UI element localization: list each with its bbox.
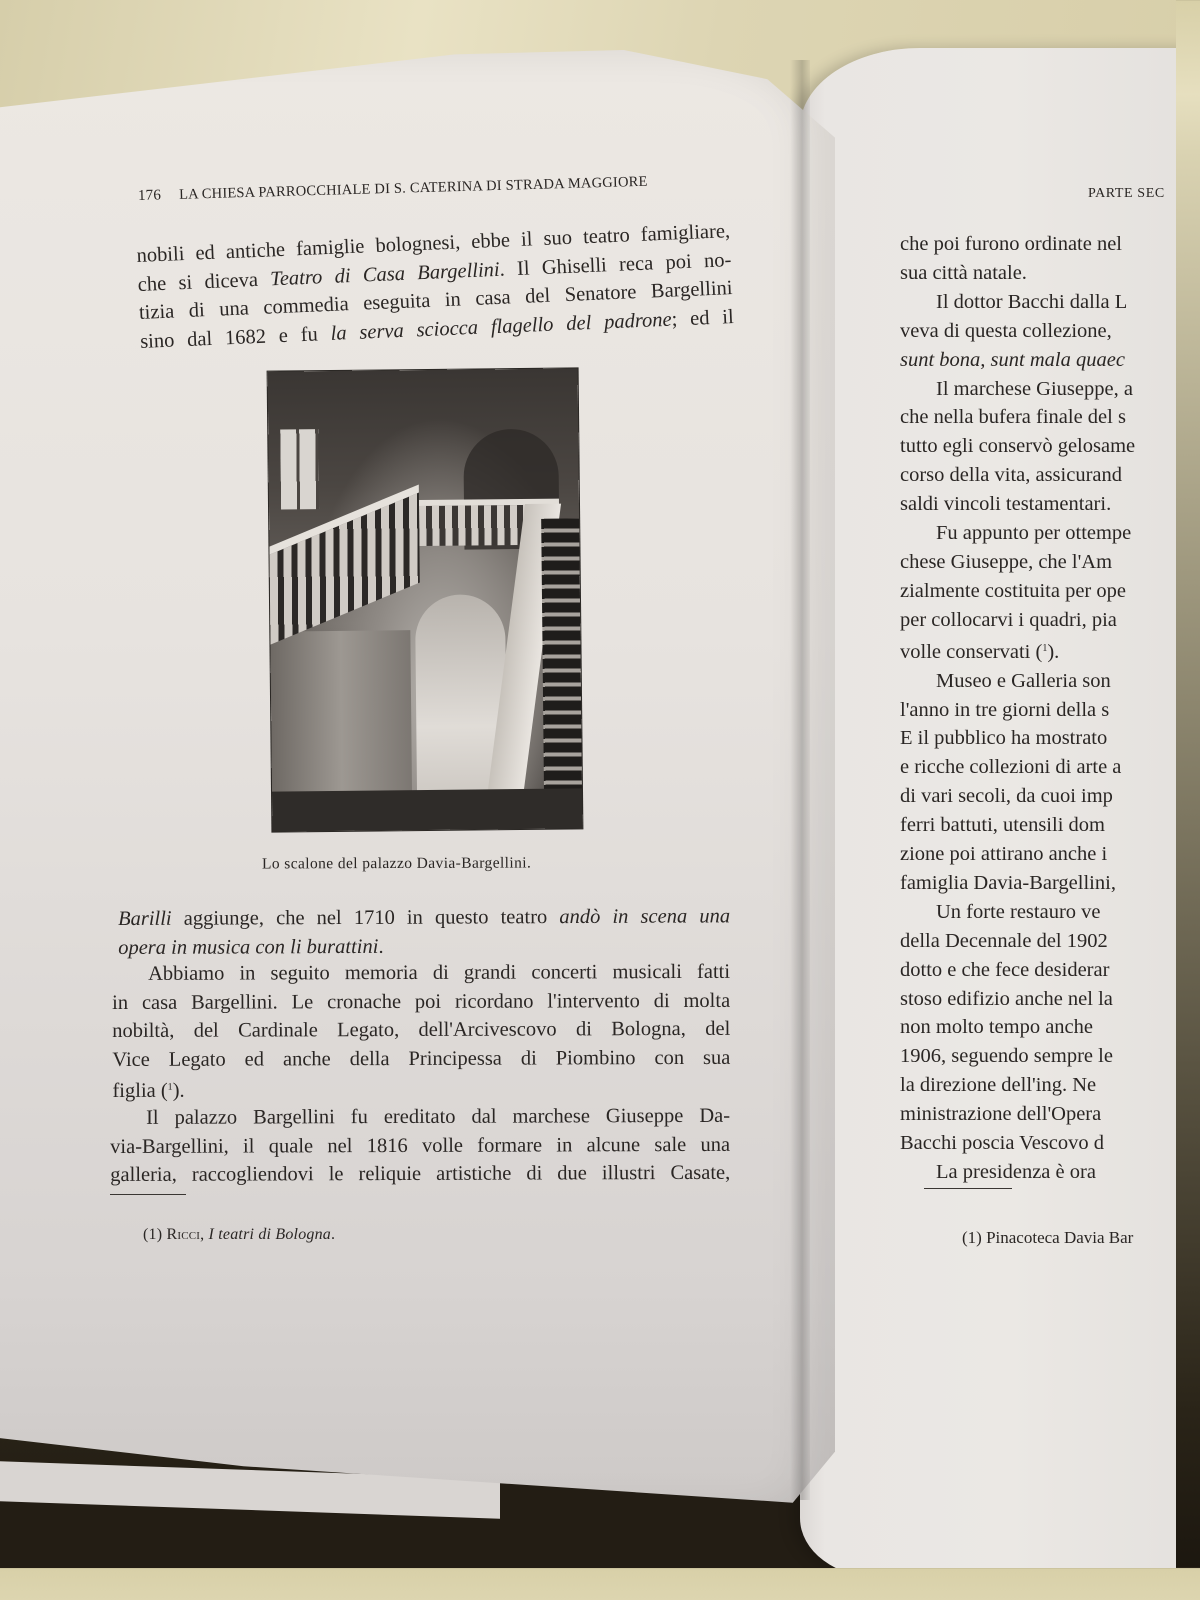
- text-run: ).: [173, 1080, 185, 1102]
- text-line: nobiltà, del Cardinale Legato, dell'Arci…: [112, 1015, 730, 1046]
- text-line: saldi vincoli testamentari.: [900, 490, 1176, 519]
- italic-text: Barilli: [118, 908, 172, 930]
- paragraph-concerts: Abbiamo in seguito memoria di grandi con…: [112, 958, 731, 1106]
- text-run: Vice Legato ed anche della Principessa d…: [112, 1046, 730, 1070]
- text-line: veva di questa collezione,: [900, 317, 1176, 346]
- text-run: Bacchi poscia Vescovo d: [900, 1132, 1104, 1154]
- text-line: e ricche collezioni di arte a: [900, 753, 1176, 782]
- text-line: 1906, seguendo sempre le: [900, 1042, 1176, 1071]
- text-run: figlia (: [112, 1080, 167, 1102]
- text-line: della Decennale del 1902: [900, 927, 1176, 956]
- text-line: galleria, raccogliendovi le reliquie art…: [110, 1159, 730, 1190]
- photo-floor: [272, 788, 582, 831]
- text-line: che nella bufera finale del s: [900, 403, 1176, 432]
- text-line: in casa Bargellini. Le cronache poi rico…: [112, 986, 730, 1017]
- text-line: Barilli aggiunge, che nel 1710 in questo…: [118, 902, 730, 933]
- running-head-left: 176LA CHIESA PARROCCHIALE DI S. CATERINA…: [138, 172, 698, 205]
- text-run: di vari secoli, da cuoi imp: [900, 785, 1113, 807]
- footnote-author: Ricci: [166, 1226, 200, 1243]
- text-run: ; ed il: [671, 306, 734, 331]
- text-run: dotto e che fece desiderar: [900, 959, 1109, 981]
- text-line: E il pubblico ha mostrato: [900, 724, 1176, 753]
- text-run: Un forte restauro ve: [936, 901, 1101, 923]
- text-run: ferri battuti, utensili dom: [900, 814, 1105, 836]
- text-line: zialmente costituita per ope: [900, 577, 1176, 606]
- footnote-title: I teatri di Bologna: [209, 1226, 331, 1243]
- text-line: famiglia Davia-Bargellini,: [900, 869, 1176, 898]
- text-run: che si diceva: [137, 268, 270, 296]
- footnote-left: (1) Ricci, I teatri di Bologna.: [143, 1226, 335, 1244]
- text-run: E il pubblico ha mostrato: [900, 727, 1107, 749]
- paragraph-theatre: nobili ed antiche famiglie bolognesi, eb…: [136, 217, 734, 356]
- page-number: 176: [138, 187, 162, 204]
- text-run: ministrazione dell'Opera: [900, 1103, 1101, 1125]
- footnote-comma: ,: [200, 1226, 208, 1243]
- footnote-rule-left: [110, 1194, 186, 1195]
- italic-text: sunt bona, sunt mala quaec: [900, 349, 1125, 371]
- text-run: 1906, seguendo sempre le: [900, 1045, 1113, 1067]
- text-run: sino dal 1682 e fu: [140, 322, 331, 352]
- text-line: Il marchese Giuseppe, a: [900, 375, 1176, 404]
- text-line: stoso edifizio anche nel la: [900, 985, 1176, 1014]
- text-run: l'anno in tre giorni della s: [900, 699, 1109, 721]
- text-run: che nella bufera finale del s: [900, 406, 1126, 428]
- text-run: Museo e Galleria son: [936, 670, 1111, 692]
- text-run: ).: [1047, 641, 1059, 663]
- photo-window: [280, 429, 319, 509]
- text-run: non molto tempo anche: [900, 1016, 1093, 1038]
- text-run: La presidenza è ora: [936, 1161, 1096, 1183]
- text-line: Bacchi poscia Vescovo d: [900, 1129, 1176, 1158]
- text-run: famiglia Davia-Bargellini,: [900, 872, 1116, 894]
- running-head-title: LA CHIESA PARROCCHIALE DI S. CATERINA DI…: [179, 174, 648, 203]
- text-run: veva di questa collezione,: [900, 320, 1112, 342]
- text-run: zione poi attirano anche i: [900, 843, 1107, 865]
- book-photo-scene: 176LA CHIESA PARROCCHIALE DI S. CATERINA…: [0, 0, 1176, 1568]
- text-line: dotto e che fece desiderar: [900, 956, 1176, 985]
- text-run: Il palazzo Bargellini fu ereditato dal m…: [146, 1105, 730, 1129]
- text-line: figlia (1).: [112, 1072, 730, 1106]
- text-run: in casa Bargellini. Le cronache poi rico…: [112, 989, 730, 1013]
- text-line: Il palazzo Bargellini fu ereditato dal m…: [110, 1102, 730, 1133]
- italic-text: opera in musica con li burattini: [118, 935, 378, 958]
- text-run: della Decennale del 1902: [900, 930, 1108, 952]
- text-run: via-Bargellini, il quale nel 1816 volle …: [110, 1133, 730, 1157]
- text-run: chese Giuseppe, che l'Am: [900, 551, 1112, 573]
- right-page-text-area: che poi furono ordinate nelsua città nat…: [880, 150, 1176, 1300]
- text-run: nobiltà, del Cardinale Legato, dell'Arci…: [112, 1018, 730, 1042]
- text-line: Museo e Galleria son: [900, 667, 1176, 696]
- text-run: corso della vita, assicurand: [900, 464, 1122, 486]
- text-line: Fu appunto per ottempe: [900, 519, 1176, 548]
- text-line: che poi furono ordinate nel: [900, 230, 1176, 259]
- footnote-end: .: [331, 1226, 335, 1243]
- text-run: per collocarvi i quadri, pia: [900, 609, 1117, 631]
- text-line: Il dottor Bacchi dalla L: [900, 288, 1176, 317]
- text-line: zione poi attirano anche i: [900, 840, 1176, 869]
- text-line: l'anno in tre giorni della s: [900, 696, 1176, 725]
- text-run: che poi furono ordinate nel: [900, 233, 1122, 255]
- text-line: La presidenza è ora: [900, 1158, 1176, 1187]
- text-run: sua città natale.: [900, 262, 1027, 284]
- text-run: galleria, raccogliendovi le reliquie art…: [110, 1162, 730, 1186]
- text-run: saldi vincoli testamentari.: [900, 493, 1111, 515]
- text-line: non molto tempo anche: [900, 1013, 1176, 1042]
- text-line: sunt bona, sunt mala quaec: [900, 346, 1176, 375]
- text-run: volle conservati (: [900, 641, 1042, 663]
- text-line: ferri battuti, utensili dom: [900, 811, 1176, 840]
- photo-right-stairs: [541, 518, 582, 808]
- text-line: chese Giuseppe, che l'Am: [900, 548, 1176, 577]
- italic-text: andò in scena una: [559, 905, 730, 928]
- text-line: sua città natale.: [900, 259, 1176, 288]
- footnote-marker: (1): [143, 1226, 162, 1243]
- text-run: .: [378, 935, 383, 957]
- text-run: tutto egli conservò gelosame: [900, 435, 1135, 457]
- text-run: stoso edifizio anche nel la: [900, 988, 1113, 1010]
- footnote-rule-right: [924, 1188, 1012, 1189]
- paragraph-palazzo: Il palazzo Bargellini fu ereditato dal m…: [110, 1102, 730, 1190]
- text-line: Un forte restauro ve: [900, 898, 1176, 927]
- text-run: zialmente costituita per ope: [900, 580, 1126, 602]
- text-run: Il dottor Bacchi dalla L: [936, 291, 1127, 313]
- text-run: la direzione dell'ing. Ne: [900, 1074, 1096, 1096]
- right-page-body: che poi furono ordinate nelsua città nat…: [900, 230, 1176, 1187]
- text-run: aggiunge, che nel 1710 in questo teatro: [172, 906, 560, 930]
- text-line: Vice Legato ed anche della Principessa d…: [112, 1043, 730, 1074]
- text-run: Abbiamo in seguito memoria di grandi con…: [148, 961, 730, 985]
- figure-caption: Lo scalone del palazzo Davia-Bargellini.: [262, 855, 531, 874]
- text-line: volle conservati (1).: [900, 635, 1176, 667]
- text-line: via-Bargellini, il quale nel 1816 volle …: [110, 1130, 730, 1161]
- text-run: Il marchese Giuseppe, a: [936, 378, 1133, 400]
- text-line: Abbiamo in seguito memoria di grandi con…: [112, 958, 730, 989]
- text-line: ministrazione dell'Opera: [900, 1100, 1176, 1129]
- footnote-right: (1) Pinacoteca Davia Bar: [962, 1228, 1176, 1248]
- staircase-photograph: [268, 368, 583, 831]
- paragraph-barilli: Barilli aggiunge, che nel 1710 in questo…: [118, 902, 730, 962]
- text-line: tutto egli conservò gelosame: [900, 432, 1176, 461]
- text-run: Fu appunto per ottempe: [936, 522, 1131, 544]
- text-line: corso della vita, assicurand: [900, 461, 1176, 490]
- text-line: di vari secoli, da cuoi imp: [900, 782, 1176, 811]
- text-line: per collocarvi i quadri, pia: [900, 606, 1176, 635]
- text-line: la direzione dell'ing. Ne: [900, 1071, 1176, 1100]
- text-run: e ricche collezioni di arte a: [900, 756, 1121, 778]
